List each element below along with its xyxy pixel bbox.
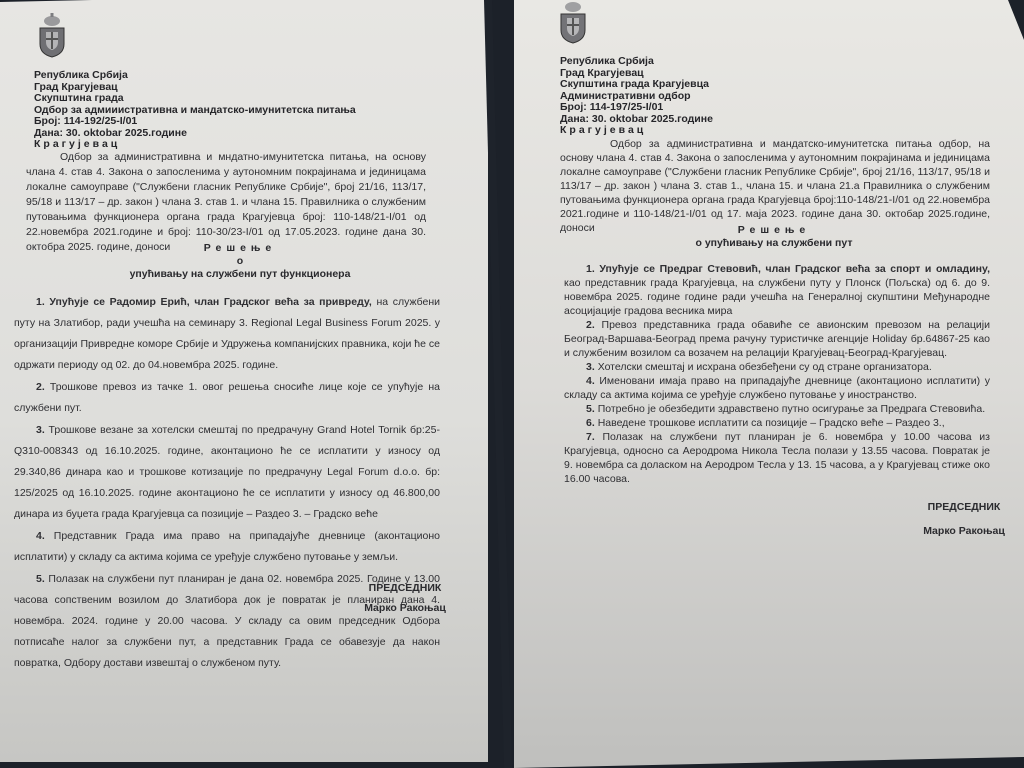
item-bold-text: Упућује се Радомир Ерић, члан Градског в…: [49, 296, 371, 308]
signature-block: ПРЕДСЕДНИК Марко Ракоњац: [904, 495, 1024, 543]
item-number: 3.: [586, 361, 598, 373]
header-assembly: Скупштина града: [34, 93, 454, 105]
item-text: као представник града Крагујевца, на слу…: [564, 277, 990, 317]
header-place: Крагујевац: [560, 125, 860, 137]
decision-heading: Решење: [574, 224, 974, 237]
signature-role: ПРЕДСЕДНИК: [340, 578, 470, 598]
document-header: Република Србија Град Крагујевац Скупшти…: [560, 56, 860, 137]
document-header: Република Србија Град Крагујевац Скупшти…: [34, 70, 454, 151]
item-number: 1.: [36, 296, 49, 308]
item-number: 3.: [36, 424, 49, 436]
item-number: 1.: [586, 263, 599, 275]
decision-subject: упућивању на службени пут функционера: [40, 268, 440, 281]
decision-item: 2. Трошкове превоз из тачке 1. овог реше…: [14, 377, 440, 419]
item-number: 6.: [586, 417, 598, 429]
serbia-coat-of-arms-icon: [558, 0, 588, 46]
decision-title: Решење о упућивању на службени пут функц…: [40, 242, 440, 281]
signature-name: Марко Ракоњац: [904, 519, 1024, 543]
signature-block: ПРЕДСЕДНИК Марко Ракоњац: [340, 578, 470, 618]
item-text: Трошкове везане за хотелски смештај по п…: [14, 424, 440, 520]
decision-item: 1. Упућује се Предраг Стевовић, члан Гра…: [564, 262, 990, 318]
item-number: 5.: [586, 403, 598, 415]
header-assembly: Скупштина града Крагујевца: [560, 79, 860, 91]
decision-item: 7. Полазак на службени пут планиран је 6…: [564, 430, 990, 486]
signature-role: ПРЕДСЕДНИК: [904, 495, 1024, 519]
decision-item: 6. Наведене трошкове исплатити са позици…: [564, 416, 990, 430]
item-number: 4.: [36, 530, 54, 542]
item-number: 7.: [586, 431, 603, 443]
decision-item: 4. Представник Града има право на припад…: [14, 526, 440, 568]
item-text: Полазак на службени пут планиран је 6. н…: [564, 431, 990, 485]
item-text: Трошкове превоз из тачке 1. овог решења …: [14, 381, 440, 414]
decision-item: 2. Превоз представника града обавиће се …: [564, 318, 990, 360]
intro-paragraph: Одбор за административна и мандатско-иму…: [560, 137, 990, 235]
item-text: Именовани имаја право на припадајуће дне…: [564, 375, 990, 401]
header-republic: Република Србија: [34, 70, 454, 82]
decision-items: 1. Упућује се Предраг Стевовић, члан Гра…: [564, 262, 990, 486]
decision-item: 4. Именовани имаја право на припадајуће …: [564, 374, 990, 402]
decision-connector: о: [40, 255, 440, 268]
decision-subject: о упућивању на службени пут: [574, 237, 974, 250]
decision-item: 3. Трошкове везане за хотелски смештај п…: [14, 420, 440, 525]
decision-title: Решење о упућивању на службени пут: [574, 224, 974, 250]
signature-name: Марко Ракоњац: [340, 598, 470, 618]
intro-paragraph: Одбор за административна и мндатно-имуни…: [26, 150, 426, 255]
item-text: Потребно је обезбедити здравствено путно…: [598, 403, 985, 415]
right-document: Република Србија Град Крагујевац Скупшти…: [514, 0, 1024, 768]
item-text: Наведене трошкове исплатити са позиције …: [598, 417, 945, 429]
serbia-coat-of-arms-icon: [37, 12, 67, 58]
header-number: Број: 114-192/25-I/01: [34, 116, 454, 128]
header-republic: Република Србија: [560, 56, 860, 68]
decision-item: 3. Хотелски смештај и исхрана обезбеђени…: [564, 360, 990, 374]
decision-heading: Решење: [40, 242, 440, 255]
decision-item: 1. Упућује се Радомир Ерић, члан Градско…: [14, 292, 440, 376]
item-text: Представник Града има право на припадају…: [14, 530, 440, 563]
item-bold-text: Упућује се Предраг Стевовић, члан Градск…: [599, 263, 990, 275]
item-text: Превоз представника града обавиће се ави…: [564, 319, 990, 359]
decision-item: 5. Потребно је обезбедити здравствено пу…: [564, 402, 990, 416]
header-place: Крагујевац: [34, 139, 454, 151]
paper-gap: [484, 0, 512, 768]
item-number: 5.: [36, 573, 48, 585]
item-number: 2.: [586, 319, 602, 331]
left-document: Република Србија Град Крагујевац Скупшти…: [0, 0, 488, 762]
header-number: Број: 114-197/25-I/01: [560, 102, 860, 114]
item-number: 4.: [586, 375, 599, 387]
item-number: 2.: [36, 381, 50, 393]
item-text: Хотелски смештај и исхрана обезбеђени су…: [598, 361, 932, 373]
